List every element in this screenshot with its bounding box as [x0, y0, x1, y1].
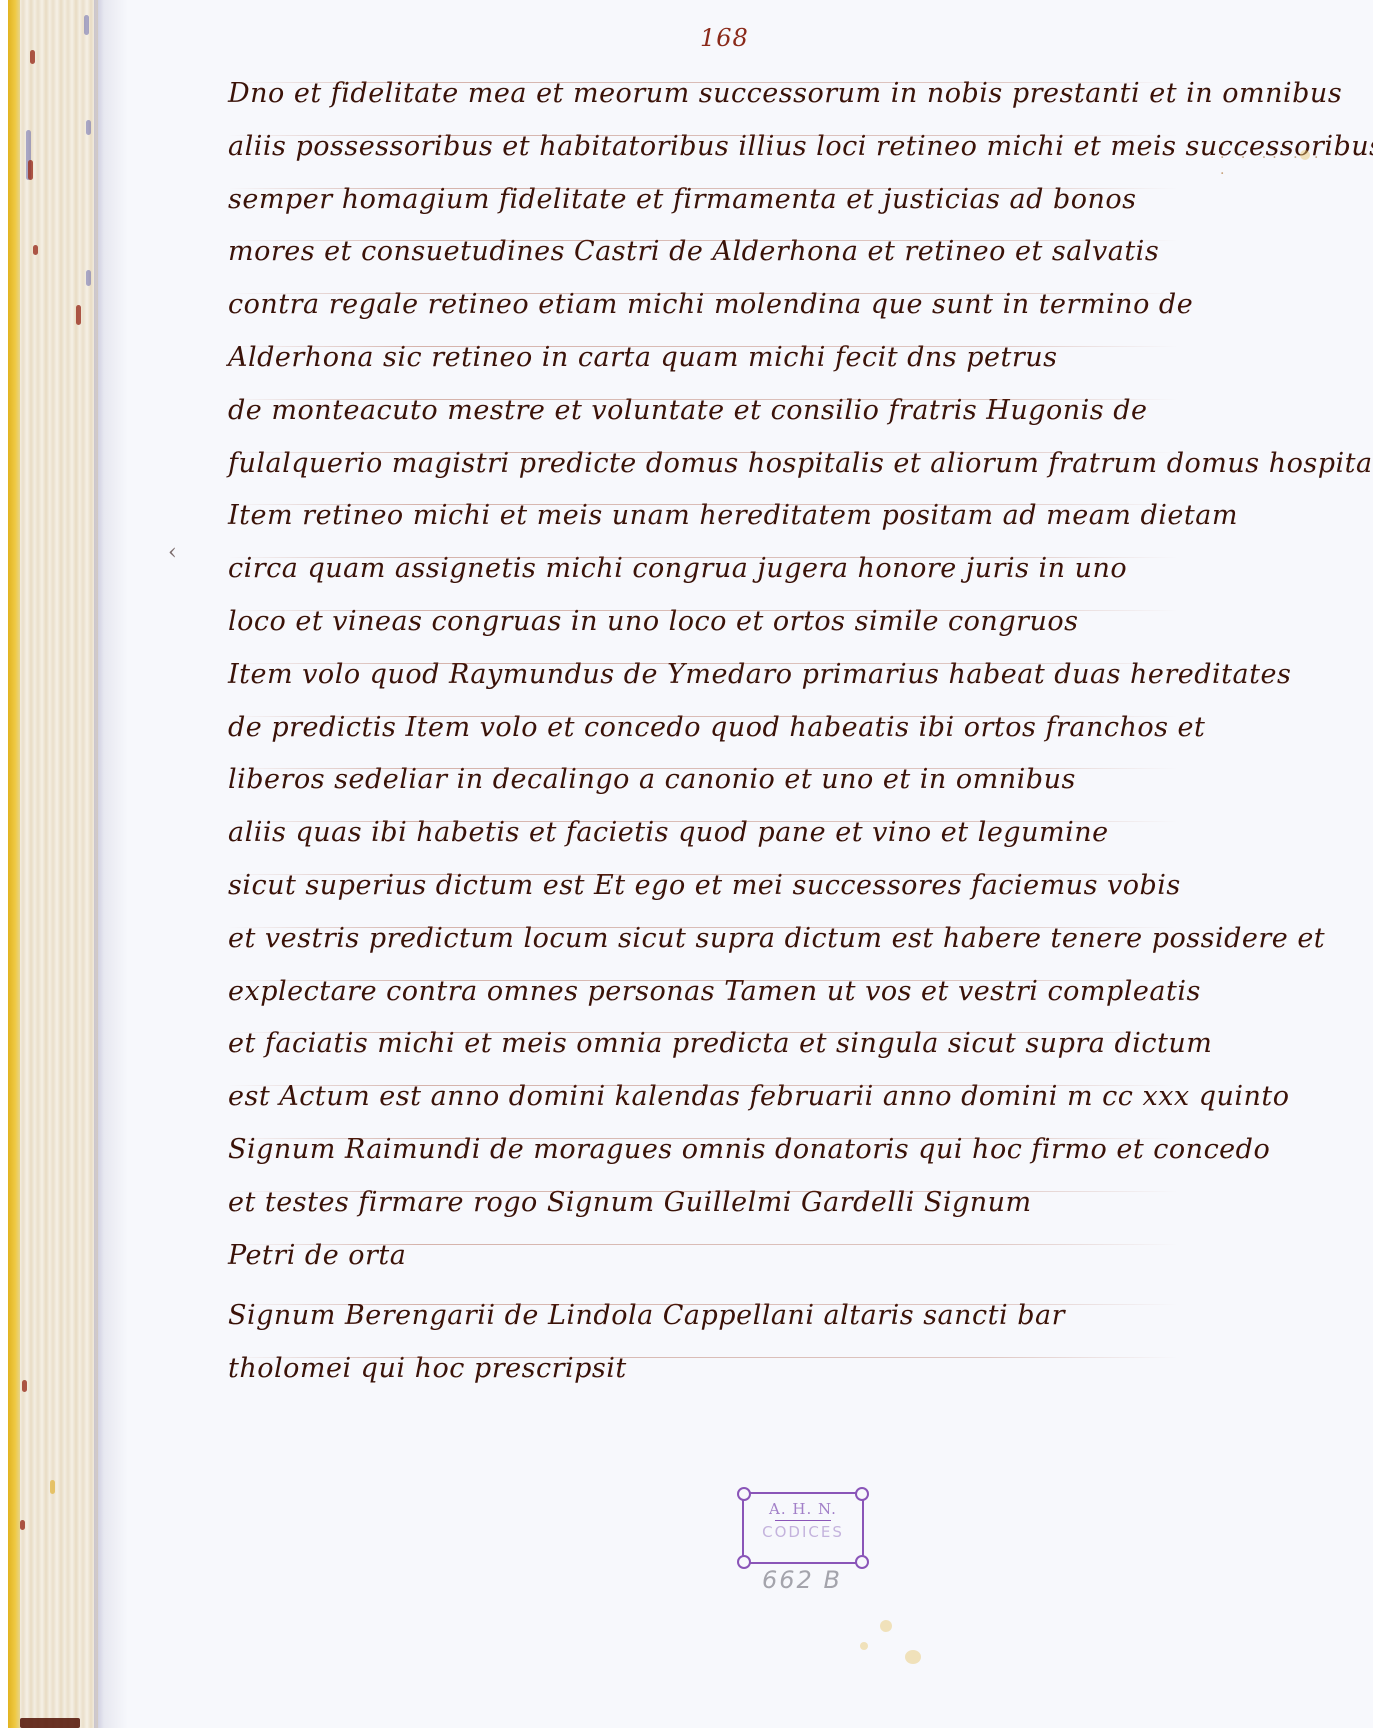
- text-line: mores et consuetudines Castri de Alderho…: [228, 226, 1218, 279]
- foxing-stain: [880, 1620, 892, 1632]
- archive-stamp: A. H. N. CODICES: [742, 1492, 864, 1564]
- page-number: 168: [700, 24, 749, 52]
- text-line: Signum Raimundi de moragues omnis donato…: [228, 1124, 1218, 1177]
- ink-spot: [20, 1520, 25, 1530]
- text-line: de predictis Item volo et concedo quod h…: [228, 702, 1218, 755]
- gutter-shadow: [98, 0, 128, 1728]
- book-binding-edge: [20, 0, 98, 1728]
- text-line: circa quam assignetis michi congrua juge…: [228, 543, 1218, 596]
- manuscript-text: Dno et fidelitate mea et meorum successo…: [228, 68, 1218, 1396]
- ink-spot: [76, 305, 81, 325]
- stamp-collection: CODICES: [744, 1523, 862, 1541]
- text-line: de monteacuto mestre et voluntate et con…: [228, 385, 1218, 438]
- stamp-corner: [855, 1555, 869, 1569]
- foxing-stain: [1300, 150, 1310, 160]
- stamp-corner: [737, 1555, 751, 1569]
- ink-spot: [84, 15, 89, 35]
- text-line: Item retineo michi et meis unam heredita…: [228, 490, 1218, 543]
- shelfmark: 662 B: [762, 1566, 842, 1594]
- text-line: aliis possessoribus et habitatoribus ill…: [228, 121, 1218, 174]
- text-line: semper homagium fidelitate et firmamenta…: [228, 174, 1218, 227]
- text-line: loco et vineas congruas in uno loco et o…: [228, 596, 1218, 649]
- text-line: explectare contra omnes personas Tamen u…: [228, 966, 1218, 1019]
- ink-spot: [86, 120, 91, 135]
- text-line: et vestris predictum locum sicut supra d…: [228, 913, 1218, 966]
- text-line: fulalquerio magistri predicte domus hosp…: [228, 438, 1218, 491]
- text-line-signature: tholomei qui hoc prescripsit: [228, 1343, 1218, 1396]
- ink-spot: [30, 50, 35, 64]
- text-line: aliis quas ibi habetis et facietis quod …: [228, 807, 1218, 860]
- text-line-signature: Signum Berengarii de Lindola Cappellani …: [228, 1290, 1218, 1343]
- text-line: liberos sedeliar in decalingo a canonio …: [228, 754, 1218, 807]
- foxing-stain: [905, 1650, 921, 1664]
- text-line: Alderhona sic retineo in carta quam mich…: [228, 332, 1218, 385]
- binding-bottom: [20, 1718, 80, 1728]
- text-line: Petri de orta: [228, 1230, 1218, 1283]
- stamp-corner: [737, 1487, 751, 1501]
- text-line: contra regale retineo etiam michi molend…: [228, 279, 1218, 332]
- scan-border: [0, 0, 8, 1728]
- margin-mark: ‹: [168, 540, 177, 565]
- text-line: sicut superius dictum est Et ego et mei …: [228, 860, 1218, 913]
- ink-spot: [33, 245, 38, 255]
- stamp-archive-initials: A. H. N.: [744, 1500, 862, 1518]
- gilt-page-edge: [8, 0, 20, 1728]
- text-line: Dno et fidelitate mea et meorum successo…: [228, 68, 1218, 121]
- stain: [50, 1480, 55, 1494]
- text-line: et testes firmare rogo Signum Guillelmi …: [228, 1177, 1218, 1230]
- text-line: Item volo quod Raymundus de Ymedaro prim…: [228, 649, 1218, 702]
- ink-spot: [22, 1380, 27, 1392]
- stamp-divider: [775, 1520, 831, 1521]
- text-line: et faciatis michi et meis omnia predicta…: [228, 1018, 1218, 1071]
- ink-spot: [28, 160, 33, 180]
- ink-spot: [86, 270, 91, 286]
- foxing-stain: [860, 1642, 868, 1650]
- text-line: est Actum est anno domini kalendas febru…: [228, 1071, 1218, 1124]
- stamp-corner: [855, 1487, 869, 1501]
- manuscript-scan: 168 · · ·· · · · ‹ Dno et fidelitate mea…: [0, 0, 1373, 1728]
